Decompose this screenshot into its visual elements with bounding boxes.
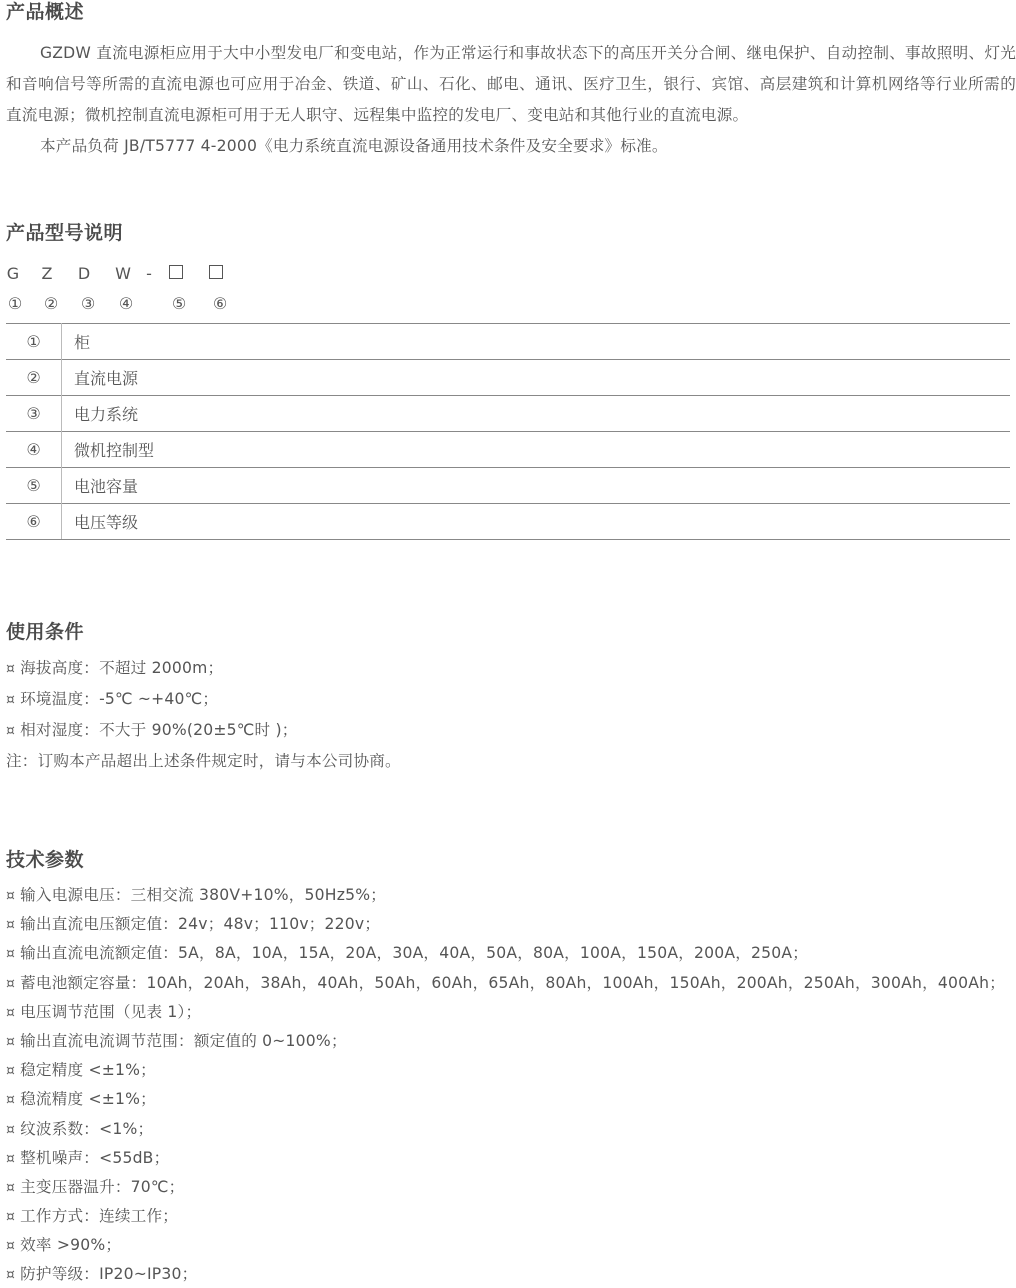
bullet-icon: ¤	[6, 1267, 15, 1283]
model-table: ① 柜 ② 直流电源 ③ 电力系统 ④ 微机控制型 ⑤ 电池容量 ⑥ 电压等级	[6, 323, 1010, 540]
row-number: ②	[6, 360, 62, 396]
overview-paragraph-1: GZDW 直流电源柜应用于大中小型发电厂和变电站，作为正常运行和事故状态下的高压…	[6, 38, 1016, 131]
list-item: ¤相对湿度：不大于 90%(20±5℃时 )；	[6, 715, 401, 746]
bullet-icon: ¤	[6, 917, 15, 933]
list-item: ¤电压调节范围（见表 1）；	[6, 998, 1005, 1027]
list-item: ¤输出直流电流调节范围：额定值的 0~100%；	[6, 1027, 1005, 1056]
code-number: ⑥	[210, 294, 230, 313]
row-number: ①	[6, 324, 62, 360]
conditions-list: ¤海拔高度：不超过 2000m； ¤环境温度：-5℃ ~+40℃； ¤相对湿度：…	[6, 653, 401, 777]
code-box-icon	[206, 264, 226, 283]
bullet-icon: ¤	[6, 1063, 15, 1079]
bullet-icon: ¤	[6, 1209, 15, 1225]
list-item: ¤整机噪声：<55dB；	[6, 1144, 1005, 1173]
code-number: ⑤	[169, 294, 189, 313]
bullet-icon: ¤	[6, 723, 15, 739]
code-letter: Z	[37, 264, 57, 283]
list-item: ¤稳流精度 <±1%；	[6, 1085, 1005, 1114]
row-description: 柜	[62, 324, 1011, 360]
table-row: ⑥ 电压等级	[6, 504, 1010, 540]
bullet-icon: ¤	[6, 661, 15, 677]
row-description: 电池容量	[62, 468, 1011, 504]
list-item: ¤主变压器温升：70℃；	[6, 1173, 1005, 1202]
row-number: ③	[6, 396, 62, 432]
code-dash: -	[139, 264, 159, 283]
row-description: 直流电源	[62, 360, 1011, 396]
bullet-icon: ¤	[6, 1034, 15, 1050]
list-item: ¤稳定精度 <±1%；	[6, 1056, 1005, 1085]
bullet-icon: ¤	[6, 976, 15, 992]
overview-paragraph-2: 本产品负荷 JB/T5777 4-2000《电力系统直流电源设备通用技术条件及安…	[6, 131, 1016, 162]
bullet-icon: ¤	[6, 888, 15, 904]
code-number: ②	[41, 294, 61, 313]
table-row: ② 直流电源	[6, 360, 1010, 396]
bullet-icon: ¤	[6, 692, 15, 708]
row-number: ⑤	[6, 468, 62, 504]
bullet-icon: ¤	[6, 1005, 15, 1021]
code-number: ④	[116, 294, 136, 313]
list-item: ¤输出直流电流额定值：5A，8A，10A，15A，20A，30A，40A，50A…	[6, 939, 1005, 968]
list-item: ¤环境温度：-5℃ ~+40℃；	[6, 684, 401, 715]
section-title-conditions: 使用条件	[6, 620, 84, 644]
row-description: 微机控制型	[62, 432, 1011, 468]
table-row: ③ 电力系统	[6, 396, 1010, 432]
row-number: ⑥	[6, 504, 62, 540]
section-title-overview: 产品概述	[6, 0, 84, 24]
code-number: ①	[5, 294, 25, 313]
list-item: ¤海拔高度：不超过 2000m；	[6, 653, 401, 684]
section-title-tech: 技术参数	[6, 848, 84, 872]
tech-list: ¤输入电源电压：三相交流 380V+10%，50Hz5%； ¤输出直流电压额定值…	[6, 881, 1005, 1288]
list-item: ¤输入电源电压：三相交流 380V+10%，50Hz5%；	[6, 881, 1005, 910]
list-item: ¤效率 >90%；	[6, 1231, 1005, 1260]
bullet-icon: ¤	[6, 1180, 15, 1196]
section-title-model: 产品型号说明	[6, 221, 123, 245]
bullet-icon: ¤	[6, 1238, 15, 1254]
code-letter: G	[3, 264, 23, 283]
bullet-icon: ¤	[6, 1151, 15, 1167]
list-item: ¤工作方式：连续工作；	[6, 1202, 1005, 1231]
bullet-icon: ¤	[6, 1092, 15, 1108]
row-description: 电力系统	[62, 396, 1011, 432]
row-description: 电压等级	[62, 504, 1011, 540]
list-item: ¤输出直流电压额定值：24v；48v；110v；220v；	[6, 910, 1005, 939]
conditions-note: 注：订购本产品超出上述条件规定时，请与本公司协商。	[6, 746, 401, 777]
bullet-icon: ¤	[6, 946, 15, 962]
code-letter: D	[74, 264, 94, 283]
code-box-icon	[166, 264, 186, 283]
list-item: ¤纹波系数：<1%；	[6, 1115, 1005, 1144]
list-item: ¤防护等级：IP20~IP30；	[6, 1260, 1005, 1288]
bullet-icon: ¤	[6, 1122, 15, 1138]
table-row: ① 柜	[6, 324, 1010, 360]
row-number: ④	[6, 432, 62, 468]
table-row: ④ 微机控制型	[6, 432, 1010, 468]
code-number: ③	[78, 294, 98, 313]
table-row: ⑤ 电池容量	[6, 468, 1010, 504]
list-item: ¤蓄电池额定容量：10Ah，20Ah，38Ah，40Ah，50Ah，60Ah，6…	[6, 969, 1005, 998]
code-letter: W	[113, 264, 133, 283]
